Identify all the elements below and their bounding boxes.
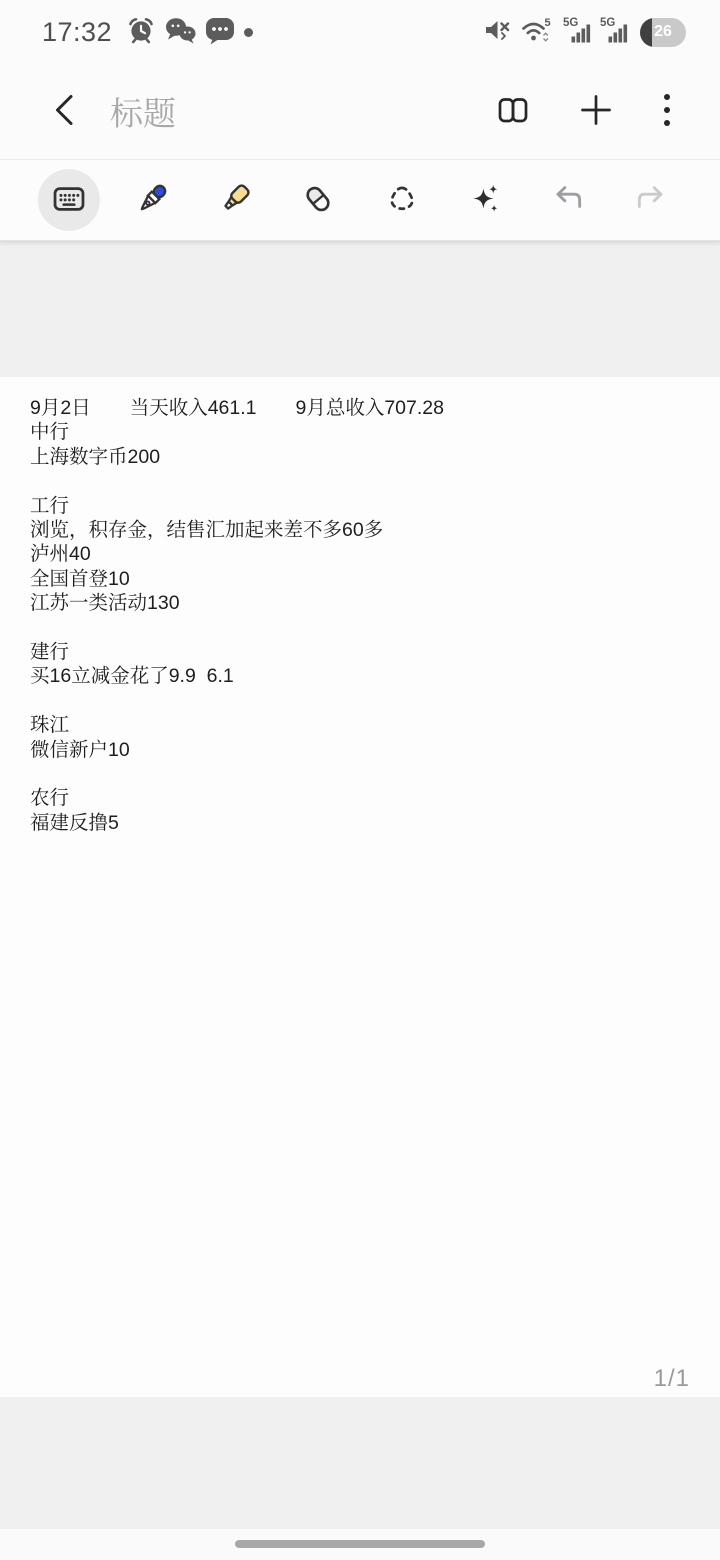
note-line: 珠江 [30,713,692,737]
back-chevron-icon [50,92,80,131]
redo-button[interactable] [620,169,682,231]
kebab-menu-icon [660,91,674,132]
wechat-icon [163,15,197,50]
pen-tool-button[interactable] [121,169,183,231]
open-book-icon [494,92,532,131]
note-line: 福建反撸5 [30,811,692,835]
battery-icon: 26 [640,18,686,47]
message-icon [204,15,236,50]
sim1-network-label: 5G [563,17,578,29]
keyboard-tool-button[interactable] [38,169,100,231]
note-line: 微信新户10 [30,738,692,762]
home-gesture-handle[interactable] [235,1540,485,1548]
more-options-button[interactable] [660,91,674,132]
notification-icons [126,15,236,50]
note-line: 浏览，积存金，结售汇加起来差不多60多 [30,518,692,542]
status-bar: 17:32 [0,0,720,64]
reader-mode-button[interactable] [494,92,532,131]
note-line: 买16立减金花了9.9 6.1 [30,664,692,688]
gesture-navigation-bar [0,1529,720,1560]
keyboard-icon [51,181,87,220]
lasso-icon [384,181,420,220]
canvas-margin-bottom [0,1397,720,1529]
note-line: 全国首登10 [30,567,692,591]
note-line [30,469,692,493]
note-line: 农行 [30,786,692,810]
system-status-icons: 5 5G 5G 26 [482,15,686,50]
note-line [30,616,692,640]
note-line: 工行 [30,494,692,518]
lasso-select-tool-button[interactable] [371,169,433,231]
highlighter-tool-button[interactable] [204,169,266,231]
signal-sim2-icon: 5G [599,15,629,50]
canvas-margin-top [0,241,720,377]
signal-sim1-icon: 5G [562,15,592,50]
note-line [30,689,692,713]
clock-time: 17:32 [42,17,112,48]
note-line: 中行 [30,420,692,444]
note-page[interactable]: 9月2日 当天收入461.1 9月总收入707.28中行上海数字币200工行浏览… [0,377,720,1397]
alarm-icon [126,15,156,50]
more-notifications-dot-icon [244,28,253,37]
undo-button[interactable] [537,169,599,231]
eraser-icon [300,181,336,220]
note-body-text[interactable]: 9月2日 当天收入461.1 9月总收入707.28中行上海数字币200工行浏览… [30,396,692,835]
undo-arrow-icon [550,181,586,220]
svg-text:5: 5 [545,17,551,29]
battery-percent: 26 [640,18,686,47]
redo-arrow-icon [633,181,669,220]
eraser-tool-button[interactable] [287,169,349,231]
page-indicator: 1/1 [654,1365,690,1393]
note-header: 标题 [0,64,720,160]
mute-icon [482,15,512,50]
note-line: 上海数字币200 [30,445,692,469]
note-line: 9月2日 当天收入461.1 9月总收入707.28 [30,396,692,420]
plus-icon [578,92,614,131]
pen-icon [134,181,170,220]
note-title-placeholder[interactable]: 标题 [110,88,176,135]
ai-assist-tool-button[interactable] [454,169,516,231]
sim2-network-label: 5G [600,17,615,29]
add-page-button[interactable] [578,92,614,131]
note-line: 建行 [30,640,692,664]
note-line: 江苏一类活动130 [30,591,692,615]
note-line [30,762,692,786]
ai-sparkles-icon [467,181,503,220]
note-line: 泸州40 [30,542,692,566]
highlighter-icon [217,181,253,220]
wifi-icon: 5 [519,15,555,50]
editing-toolbar [0,160,720,241]
back-button[interactable] [50,92,80,131]
